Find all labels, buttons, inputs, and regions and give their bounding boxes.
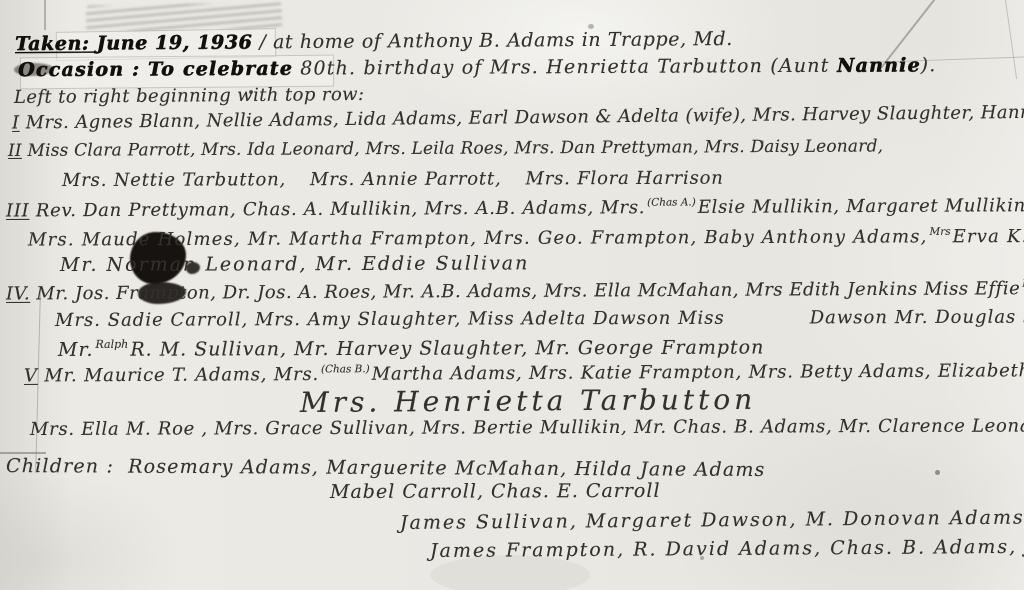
row-2-line-2: Mrs. Nettie Tarbutton,Mrs. Annie Parrott… <box>62 169 724 192</box>
row-5-line-1-segment: (Chas B.) <box>319 363 372 375</box>
speck-3 <box>935 470 940 475</box>
row-3-line-3-segment: Mr. Norman Leonard, Mr. Eddie Sullivan <box>60 252 529 276</box>
tick-left-edge <box>0 452 46 454</box>
row-4-line-2: Mrs. Sadie Carroll, Mrs. Amy Slaughter, … <box>55 307 1024 331</box>
scanned-document: Taken: June 19, 1936 / at home of Anthon… <box>0 0 1024 590</box>
line-intro-segment: Left to right beginning with top row: <box>14 84 365 108</box>
row-3-line-2: Mrs. Maude Holmes, Mr. Martha Frampton, … <box>28 225 1024 251</box>
line-intro: Left to right beginning with top row: <box>14 85 365 109</box>
children-line-3-segment: James Sullivan, Margaret Dawson, M. Dono… <box>400 507 1024 534</box>
row-3-line-1-segment: (Chas A.) <box>645 196 698 208</box>
row-5-center-name: Mrs. Henrietta Tarbutton <box>300 384 756 419</box>
children-line-4-segment: James Frampton, R. David Adams, Chas. B.… <box>430 536 1024 562</box>
children-line-1-segment: Rosemary Adams, Marguerite McMahan, Hild… <box>128 456 766 481</box>
line-occasion: Occasion : To celebrate 80th. birthday o… <box>18 55 937 82</box>
children-line-2-segment: Mabel Carroll, Chas. E. Carroll <box>330 480 661 503</box>
row-5-center-name-segment: Mrs. Henrietta Tarbutton <box>300 383 756 419</box>
row-5-line-1: V Mr. Maurice T. Adams, Mrs.(Chas B.)Mar… <box>24 359 1024 387</box>
row-5-line-2: Mrs. Ella M. Roe , Mrs. Grace Sullivan, … <box>30 416 1024 440</box>
line-taken: Taken: June 19, 1936 / at home of Anthon… <box>15 29 733 56</box>
row-3-line-1-segment: III <box>6 200 30 221</box>
row-4-line-1-segment: IV. <box>6 283 30 304</box>
eraser-smudge <box>86 2 282 31</box>
row-4-line-3-segment: R. M. Sullivan, Mr. Harvey Slaughter, Mr… <box>130 336 764 360</box>
children-line-2: Mabel Carroll, Chas. E. Carroll <box>330 481 661 504</box>
line-taken-segment: / at home of Anthony B. Adams in Trappe,… <box>259 28 733 53</box>
row-3-line-1-segment: Rev. Dan Prettyman, Chas. A. Mullikin, M… <box>29 197 645 221</box>
children-line-3: James Sullivan, Margaret Dawson, M. Dono… <box>400 508 1024 535</box>
line-occasion-segment: Nannie <box>837 54 921 76</box>
row-5-line-1-segment: Mr. Maurice T. Adams, Mrs. <box>38 364 319 386</box>
row-5-line-2-segment: Mrs. Ella M. Roe , Mrs. Grace Sullivan, … <box>30 415 1024 440</box>
row-4-line-3-segment: Ralph <box>93 338 130 351</box>
row-2-line-1-segment: Miss Clara Parrott, Mrs. Ida Leonard, Mr… <box>22 136 884 161</box>
line-taken-segment: June 19, 1936 <box>96 31 259 54</box>
edge-right-top <box>1005 0 1017 79</box>
row-4-line-1: IV. Mr. Jos. Frampton, Dr. Jos. A. Roes,… <box>6 277 1024 305</box>
row-2-line-2-segment: Mrs. Annie Parrott, <box>310 168 526 190</box>
row-4-line-1-segment: Mullikin <box>1020 277 1024 289</box>
row-5-line-1-segment: Martha Adams, Mrs. Katie Frampton, Mrs. … <box>372 360 1024 385</box>
children-line-4: James Frampton, R. David Adams, Chas. B.… <box>430 537 1024 563</box>
line-occasion-segment: Occasion : To celebrate <box>18 58 293 81</box>
crease-top-left <box>44 0 46 30</box>
row-4-line-2-segment: Mrs. Sadie Carroll, Mrs. Amy Slaughter, … <box>55 307 810 331</box>
row-2-line-1-segment: II <box>8 141 22 161</box>
row-4-line-3: Mr.RalphR. M. Sullivan, Mr. Harvey Slaug… <box>58 337 764 362</box>
row-2-line-2-segment: Mrs. Flora Harrison <box>525 168 723 190</box>
row-4-line-3-segment: Mr. <box>58 339 94 361</box>
line-taken-segment: Taken: <box>15 32 97 55</box>
line-occasion-segment: ). <box>921 54 937 76</box>
children-line-1-segment: Children : <box>6 455 128 478</box>
row-2-line-2-segment: Mrs. Nettie Tarbutton, <box>62 169 310 191</box>
row-3-line-2-segment: Mrs <box>928 226 953 238</box>
row-4-line-1-segment: Mr. Jos. Frampton, Dr. Jos. A. Roes, Mr.… <box>30 278 1020 304</box>
row-2-line-1: II Miss Clara Parrott, Mrs. Ida Leonard,… <box>8 137 883 161</box>
row-3-line-2-segment: Mrs. Maude Holmes, Mr. Martha Frampton, … <box>28 226 928 250</box>
line-occasion-segment: 80th. birthday of Mrs. Henrietta Tarbutt… <box>293 55 837 80</box>
row-3-line-2-segment: Erva K. Adams <box>953 226 1024 248</box>
children-line-1: Children :Rosemary Adams, Marguerite McM… <box>6 456 766 482</box>
row-3-line-1-segment: Elsie Mullikin, Margaret Mullikin, <box>698 195 1024 218</box>
row-3-line-1: III Rev. Dan Prettyman, Chas. A. Mulliki… <box>6 195 1024 223</box>
row-3-line-3: Mr. Norman Leonard, Mr. Eddie Sullivan <box>60 253 529 276</box>
row-4-line-2-segment: Dawson Mr. Douglas Sullivan, <box>810 306 1024 328</box>
row-5-line-1-segment: V <box>24 365 38 386</box>
